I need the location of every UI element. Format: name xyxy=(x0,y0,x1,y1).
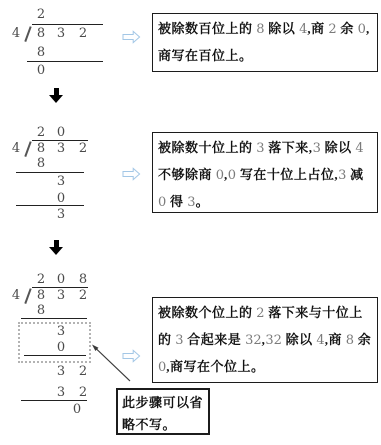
arrow-head xyxy=(49,95,63,103)
arrow-head xyxy=(49,247,63,255)
long-division-worksheet: 2 4 8 3 2 8 0 被除数百位上的 8 除以 4,商 2 余 0,商写在… xyxy=(0,0,381,445)
final-remainder-digit: 0 xyxy=(71,403,83,417)
explain-arrow-icon xyxy=(122,30,141,44)
dividend-ones-digit: 2 xyxy=(77,142,89,156)
subtraction-rule xyxy=(16,172,84,173)
divisor-digit: 4 xyxy=(10,27,22,41)
subtraction-rule xyxy=(16,205,84,206)
dividend-hundreds-digit: 8 xyxy=(35,289,47,303)
subtrahend-digit: 8 xyxy=(35,304,47,318)
subtrahend-digit: 8 xyxy=(35,46,47,60)
quotient-ones-digit: 8 xyxy=(77,273,89,287)
quotient-hundreds-digit: 2 xyxy=(35,126,47,140)
division-bracket-slash xyxy=(24,26,31,42)
dividend-hundreds-digit: 8 xyxy=(35,27,47,41)
dividend-tens-digit: 3 xyxy=(55,27,67,41)
subtrahend-ones-digit: 2 xyxy=(77,386,89,400)
division-bracket-slash xyxy=(24,141,31,157)
divisor-digit: 4 xyxy=(10,289,22,303)
omit-note-text: 此步骤可以省略不写。 xyxy=(122,395,203,432)
remainder-digit: 0 xyxy=(35,64,47,78)
boxed-subtrahend-digit: 0 xyxy=(55,341,67,355)
remainder-digit: 3 xyxy=(55,208,67,222)
subtrahend-tens-digit: 3 xyxy=(55,386,67,400)
explanation-box-2: 被除数十位上的 3 落下来,3 除以 4 不够除商 0,0 写在十位上占位,3 … xyxy=(152,132,378,213)
dividend-ones-digit: 2 xyxy=(77,289,89,303)
subtraction-rule xyxy=(27,61,103,62)
subtraction-rule xyxy=(21,400,87,401)
dividend-tens-digit: 3 xyxy=(55,289,67,303)
explanation-box-3: 被除数个位上的 2 落下来与十位上的 3 合起来是 32,32 除以 4,商 8… xyxy=(152,297,378,383)
dividend-tens-digit: 3 xyxy=(55,142,67,156)
subtrahend-digit: 0 xyxy=(55,192,67,206)
division-bracket-slash xyxy=(24,288,31,304)
boxed-brought-down-digit: 3 xyxy=(55,325,67,339)
quotient-tens-digit: 0 xyxy=(55,273,67,287)
quotient-tens-digit: 0 xyxy=(55,126,67,140)
divisor-digit: 4 xyxy=(10,142,22,156)
quotient-hundreds-digit: 2 xyxy=(35,8,47,22)
explain-arrow-icon xyxy=(122,167,141,181)
explanation-box-1: 被除数百位上的 8 除以 4,商 2 余 0,商写在百位上。 xyxy=(152,13,378,72)
combined-tens-digit: 3 xyxy=(55,365,67,379)
subtrahend-digit: 8 xyxy=(35,157,47,171)
subtraction-rule xyxy=(24,355,86,356)
pointer-arrow-icon xyxy=(86,341,132,383)
dividend-hundreds-digit: 8 xyxy=(35,142,47,156)
subtraction-rule xyxy=(21,318,87,319)
omit-note-box: 此步骤可以省略不写。 xyxy=(116,388,210,435)
next-step-arrow-icon xyxy=(49,240,64,256)
quotient-hundreds-digit: 2 xyxy=(35,273,47,287)
brought-down-digit: 3 xyxy=(55,175,67,189)
division-bracket-bar xyxy=(32,24,103,25)
dividend-ones-digit: 2 xyxy=(77,27,89,41)
next-step-arrow-icon xyxy=(49,88,64,104)
